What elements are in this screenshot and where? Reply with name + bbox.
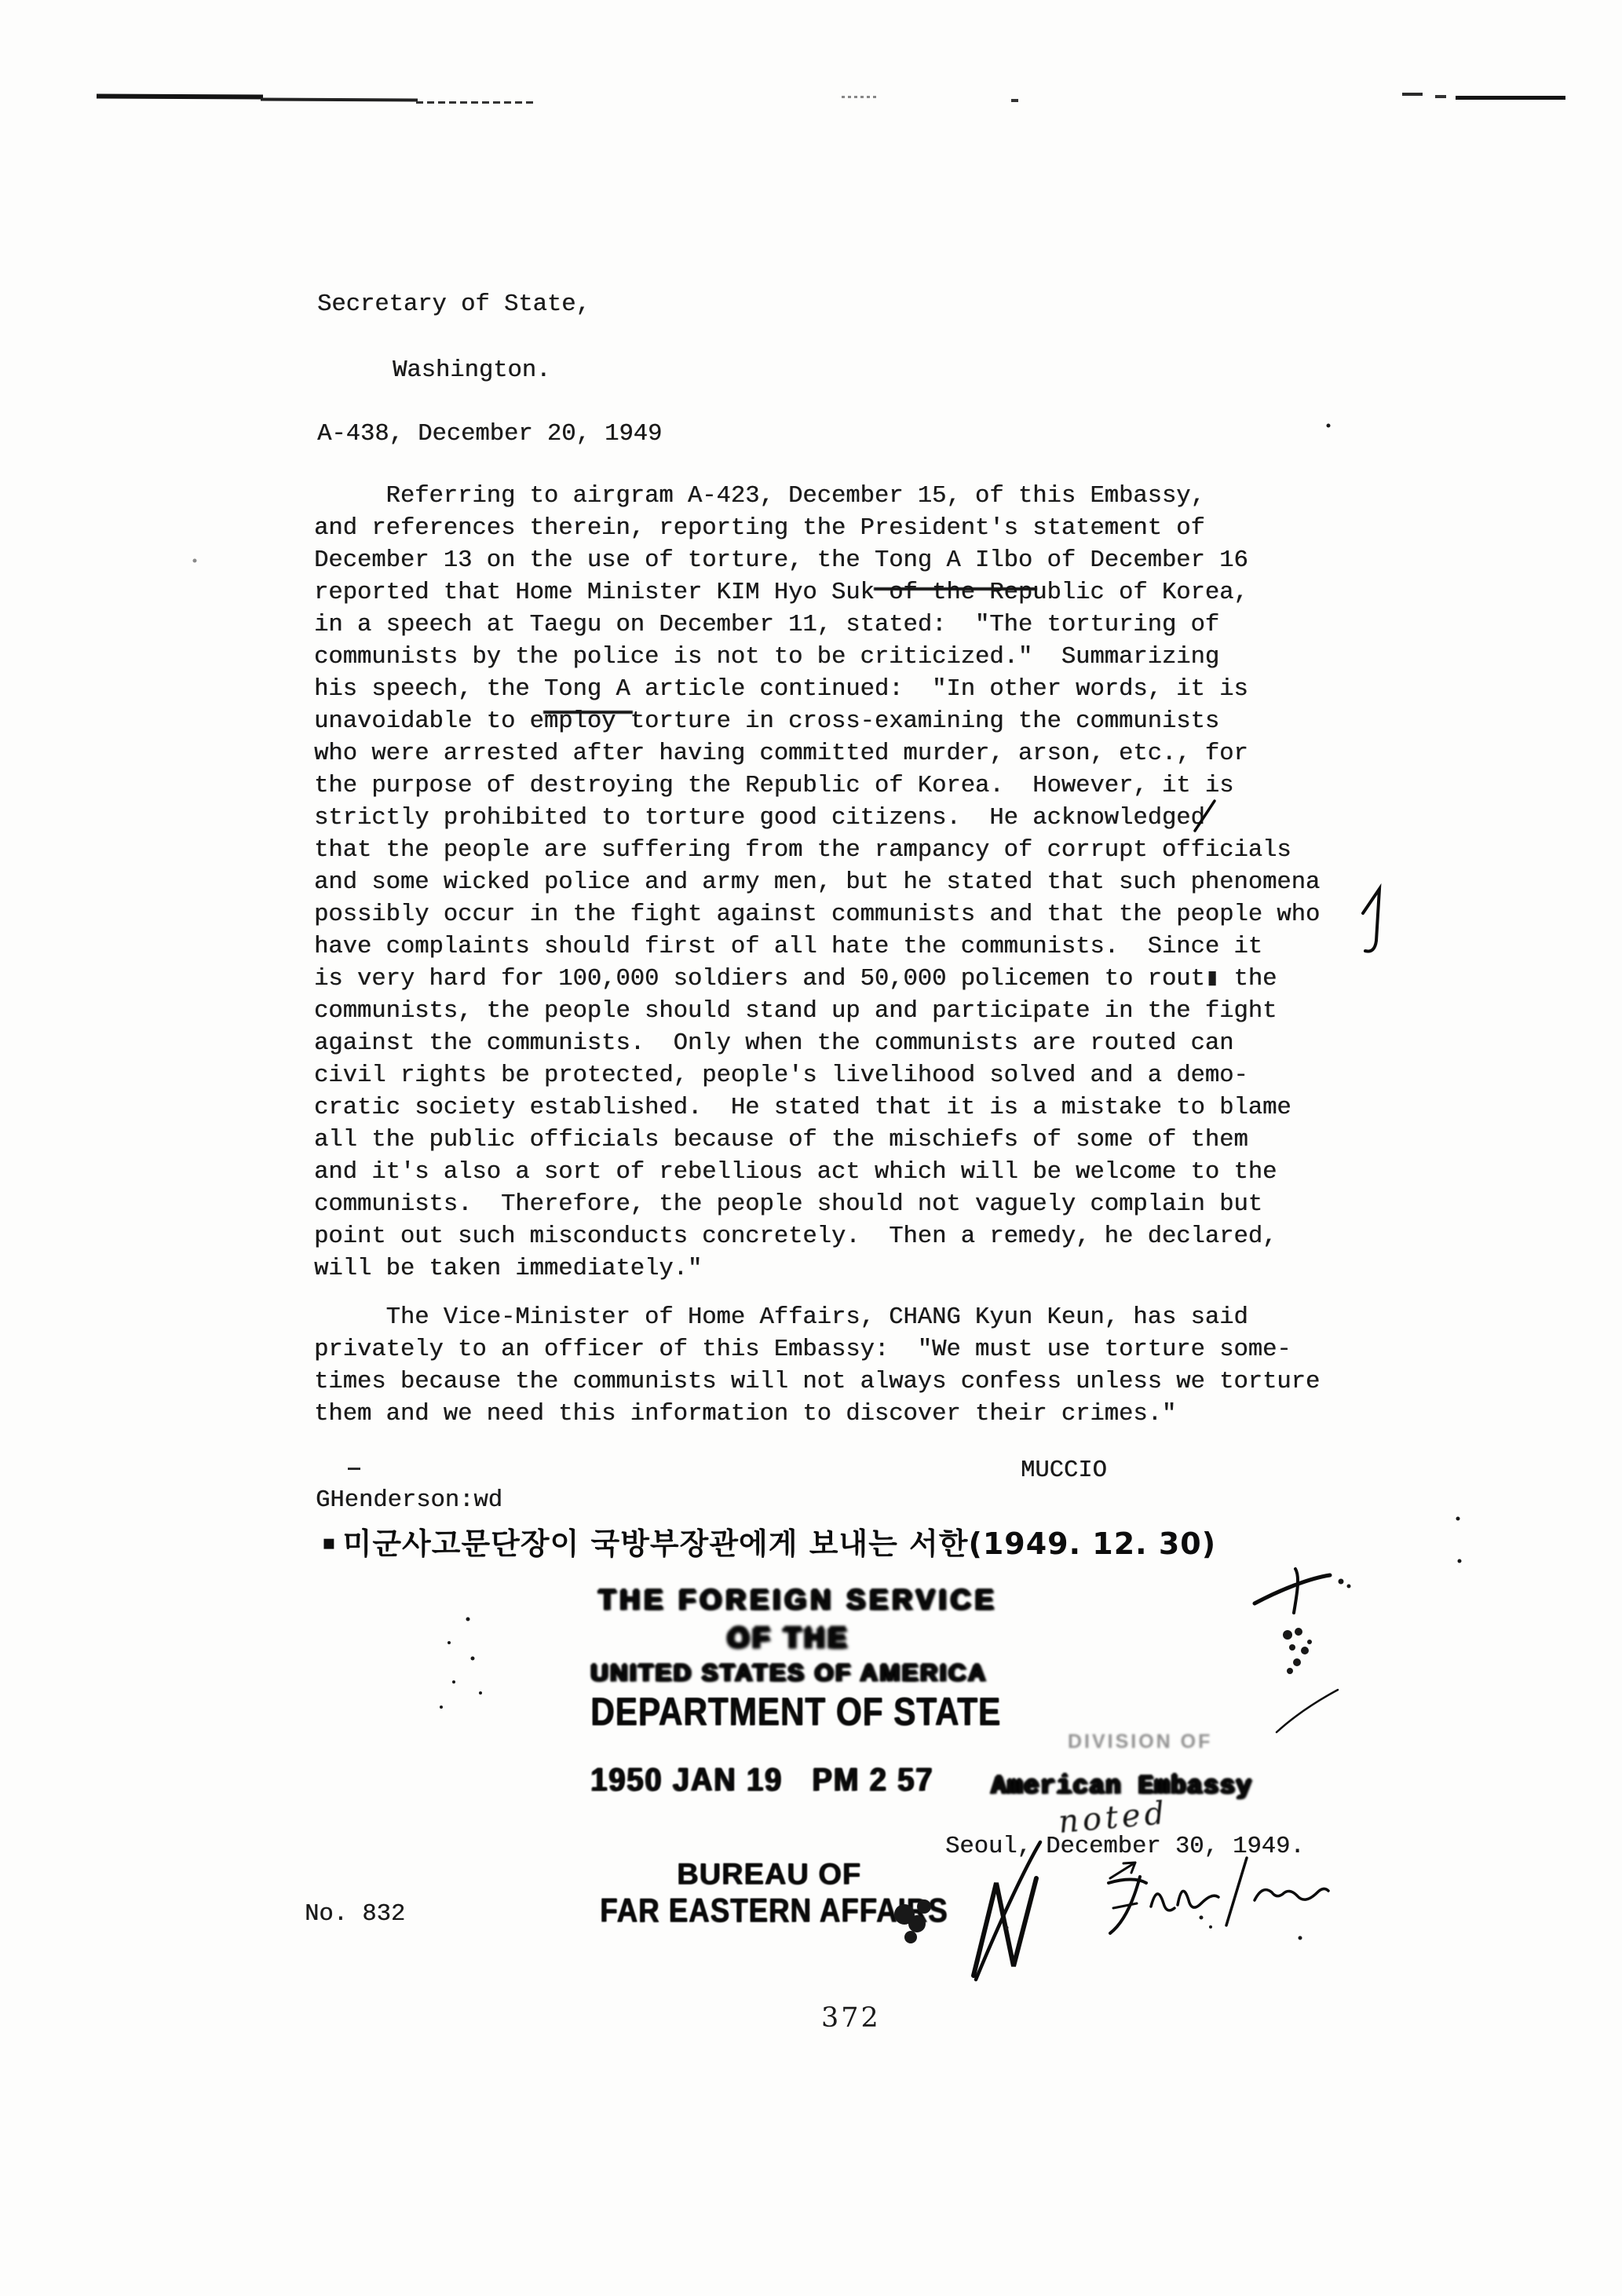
ink-speck [1456, 1517, 1460, 1521]
recipient-city-line: Washington. [393, 355, 550, 387]
ink-blob [1295, 1628, 1302, 1636]
scan-artifact-line [1435, 95, 1446, 98]
handwriting-stroke [1110, 1877, 1140, 1933]
text-line: is very hard for 100,000 soldiers and 50… [314, 963, 1320, 996]
ink-speck [1347, 1585, 1351, 1589]
text-line: his speech, the Tong A article continued… [314, 674, 1320, 706]
ink-blob [1301, 1647, 1309, 1654]
text-line: and some wicked police and army men, but… [314, 867, 1320, 899]
ink-blob [1307, 1640, 1312, 1644]
ink-speck [466, 1618, 470, 1621]
body-paragraph-2: The Vice-Minister of Home Affairs, CHANG… [314, 1302, 1320, 1431]
ink-speck [1005, 1926, 1009, 1930]
handwriting-stroke [1226, 1858, 1247, 1925]
ink-speck [1327, 424, 1331, 428]
ink-speck [1200, 1916, 1204, 1920]
korean-caption-text: 미군사고문단장이 국방부장관에게 보내는 서한(1949. 12. 30) [343, 1526, 1216, 1561]
stamp-department-of-state: DEPARTMENT OF STATE [590, 1688, 1001, 1734]
underline-tong-a [543, 711, 633, 714]
ink-blob [1289, 1644, 1295, 1651]
text-line: civil rights be protected, people's live… [314, 1060, 1320, 1092]
handwriting-w-flourish [974, 1878, 1036, 1976]
stamp-division-of: DIVISION OF [1068, 1731, 1212, 1753]
scan-artifact-line [1402, 93, 1423, 96]
text-line: cratic society established. He stated th… [314, 1092, 1320, 1124]
stamp-foreign-service-line3: UNITED STATES OF AMERICA [590, 1658, 987, 1687]
text-line: all the public officials because of the … [314, 1124, 1320, 1157]
handwriting-stroke [1255, 1888, 1328, 1900]
text-line: have complaints should first of all hate… [314, 931, 1320, 963]
drafter-initials: GHenderson:wd [316, 1485, 502, 1517]
text-line: Referring to airgram A-423, December 15,… [314, 481, 1320, 513]
stamp-bureau-line2: FAR EASTERN AFFAIRS [600, 1892, 948, 1930]
text-line: them and we need this information to dis… [314, 1398, 1320, 1431]
origin-line: Seoul, December 30, 1949. [945, 1831, 1305, 1863]
handwriting-stroke [1255, 1575, 1330, 1603]
text-line: communists by the police is not to be cr… [314, 642, 1320, 674]
text-line: that the people are suffering from the r… [314, 835, 1320, 867]
scan-artifact-line [1456, 96, 1565, 100]
file-number: No. 832 [305, 1899, 405, 1931]
text-line: strictly prohibited to torture good citi… [314, 803, 1320, 835]
recipient-line: Secretary of State, [317, 289, 590, 321]
ink-speck [193, 559, 197, 563]
text-line: The Vice-Minister of Home Affairs, CHANG… [314, 1302, 1320, 1334]
ink-blob [1293, 1658, 1301, 1666]
stamp-american-embassy: American Embassy [991, 1771, 1252, 1801]
scan-artifact-line [97, 93, 263, 99]
airgram-reference-line: A-438, December 20, 1949 [317, 419, 662, 451]
ink-speck [440, 1706, 443, 1709]
pencil-dash-mark [348, 1468, 360, 1470]
scan-artifact-line [842, 96, 879, 98]
caption-bullet: ▪ [322, 1531, 337, 1555]
ink-speck [471, 1657, 475, 1661]
text-line: the purpose of destroying the Republic o… [314, 770, 1320, 803]
ink-speck [1339, 1579, 1344, 1585]
scan-artifact-line [416, 101, 534, 104]
korean-caption: ▪미군사고문단장이 국방부장관에게 보내는 서한(1949. 12. 30) [322, 1519, 1216, 1563]
stamp-foreign-service-line1: THE FOREIGN SERVICE [598, 1583, 997, 1616]
ink-blob [1283, 1630, 1292, 1640]
ink-speck [479, 1691, 482, 1695]
handwriting-stroke [1294, 1569, 1298, 1613]
text-line: times because the communists will not al… [314, 1366, 1320, 1398]
ink-speck [1299, 1936, 1302, 1940]
handwriting-arrow [1110, 1863, 1135, 1878]
text-line: and references therein, reporting the Pr… [314, 513, 1320, 545]
ink-speck [1458, 1559, 1462, 1563]
text-line: will be taken immediately." [314, 1253, 1320, 1285]
stamp-received-datetime: 1950 JAN 19 PM 2 57 [590, 1761, 933, 1798]
stamp-foreign-service-line2: OF THE [727, 1621, 849, 1654]
stamp-bureau-line1: BUREAU OF [677, 1858, 861, 1892]
stamp-smear-blob [904, 1931, 917, 1943]
text-line: December 13 on the use of torture, the T… [314, 545, 1320, 577]
text-line: who were arrested after having committed… [314, 738, 1320, 770]
ink-speck [1209, 1925, 1212, 1929]
handwriting-stroke [1113, 1903, 1137, 1908]
scan-artifact-speck [1011, 99, 1018, 102]
text-line: in a speech at Taegu on December 11, sta… [314, 609, 1320, 642]
page-number: 372 [821, 2002, 881, 2034]
text-line: and it's also a sort of rebellious act w… [314, 1157, 1320, 1189]
text-line: against the communists. Only when the co… [314, 1028, 1320, 1060]
signature-muccio: MUCCIO [1021, 1455, 1107, 1487]
underline-tong-a-ilbo [874, 587, 1037, 590]
scanned-document-page: Secretary of State, Washington. A-438, D… [0, 0, 1622, 2296]
handwriting-stroke [1151, 1891, 1218, 1910]
ink-speck [452, 1680, 455, 1684]
margin-check-mark [1363, 889, 1379, 951]
text-line: privately to an officer of this Embassy:… [314, 1334, 1320, 1366]
pencil-curve-mark [1277, 1690, 1338, 1732]
text-line: possibly occur in the fight against comm… [314, 899, 1320, 931]
text-line: communists. Therefore, the people should… [314, 1189, 1320, 1221]
text-line: point out such misconducts concretely. T… [314, 1221, 1320, 1253]
text-line: unavoidable to employ torture in cross-e… [314, 706, 1320, 738]
ink-blob [1287, 1668, 1293, 1674]
scan-artifact-line [261, 97, 418, 101]
body-paragraph-1: Referring to airgram A-423, December 15,… [314, 481, 1320, 1285]
text-line: reported that Home Minister KIM Hyo Suk … [314, 577, 1320, 609]
ink-speck [448, 1641, 451, 1644]
handwriting-stroke [1109, 1880, 1146, 1884]
text-line: communists, the people should stand up a… [314, 996, 1320, 1028]
